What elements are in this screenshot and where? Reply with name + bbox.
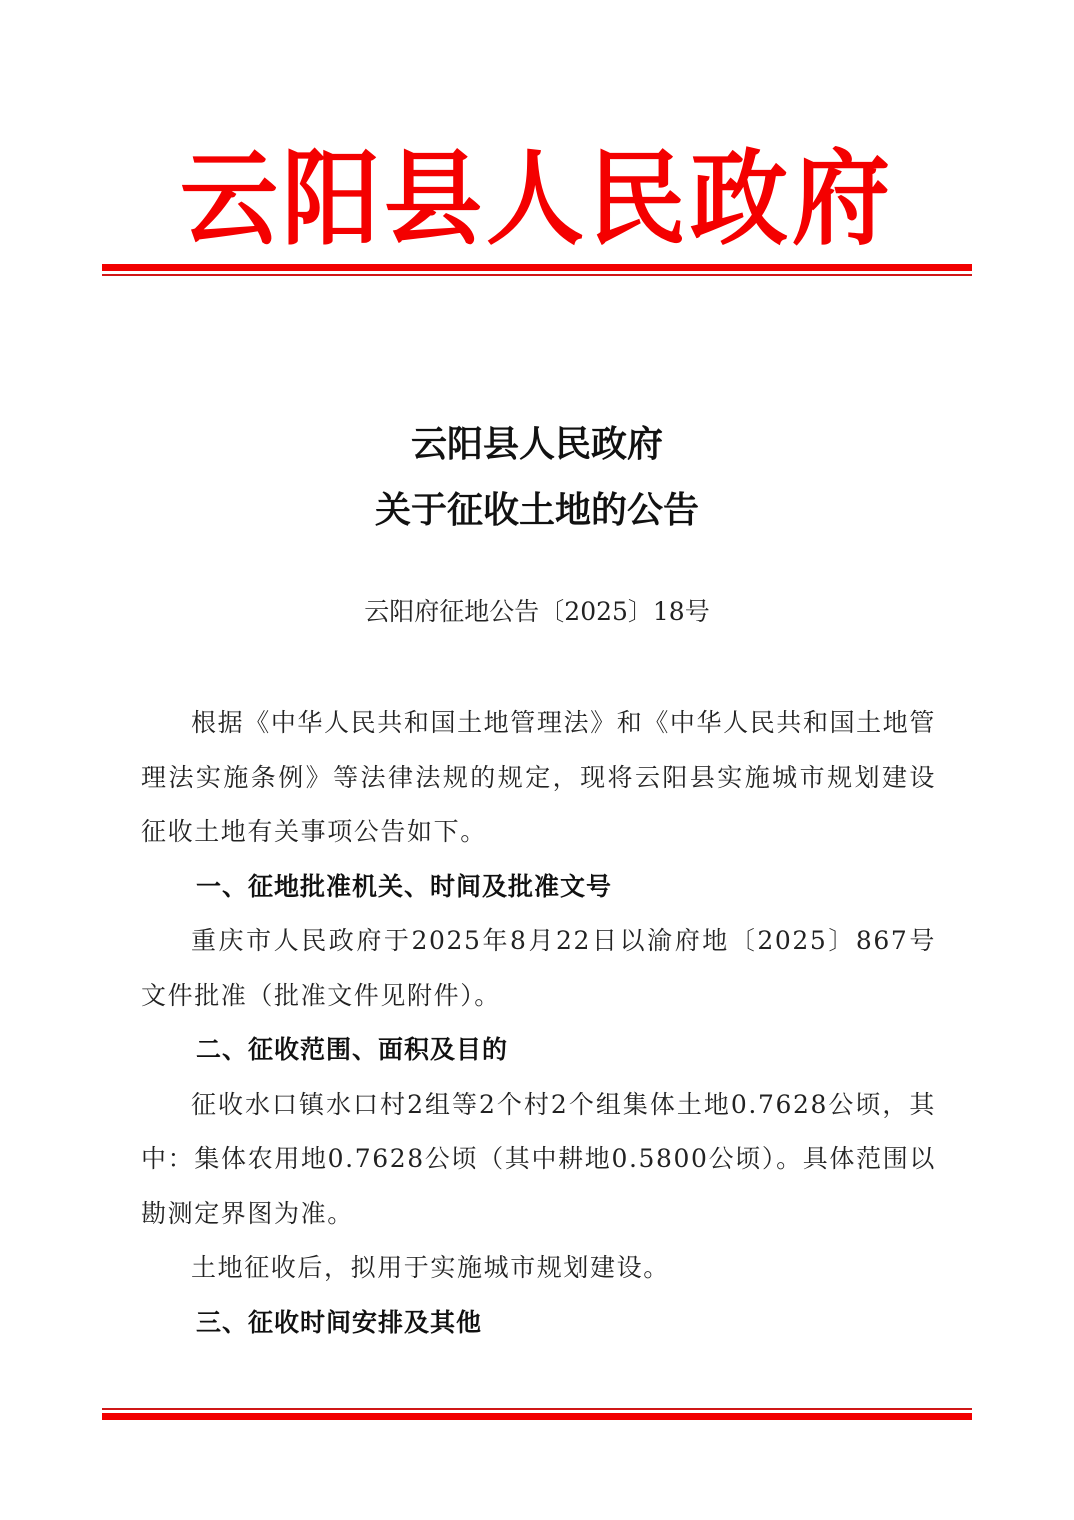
document-title-line1: 云阳县人民政府	[0, 416, 1074, 467]
document-number: 云阳府征地公告〔2025〕18号	[0, 592, 1074, 628]
section-heading-2: 二、征收范围、面积及目的	[141, 1023, 936, 1078]
document-body: 根据《中华人民共和国土地管理法》和《中华人民共和国土地管理法实施条例》等法律法规…	[141, 696, 936, 1350]
purpose-paragraph: 土地征收后，拟用于实施城市规划建设。	[141, 1241, 936, 1296]
scope-paragraph: 征收水口镇水口村2组等2个村2个组集体土地0.7628公顷，其中：集体农用地0.…	[141, 1078, 936, 1242]
approval-paragraph: 重庆市人民政府于2025年8月22日以渝府地〔2025〕867号文件批准（批准文…	[141, 914, 936, 1023]
footer-divider	[102, 1408, 972, 1420]
document-title-line2: 关于征收土地的公告	[0, 482, 1074, 533]
masthead-divider	[102, 264, 972, 276]
masthead-title: 云阳县人民政府	[0, 137, 1074, 263]
section-heading-1: 一、征地批准机关、时间及批准文号	[141, 860, 936, 915]
intro-paragraph: 根据《中华人民共和国土地管理法》和《中华人民共和国土地管理法实施条例》等法律法规…	[141, 696, 936, 860]
section-heading-3: 三、征收时间安排及其他	[141, 1296, 936, 1351]
